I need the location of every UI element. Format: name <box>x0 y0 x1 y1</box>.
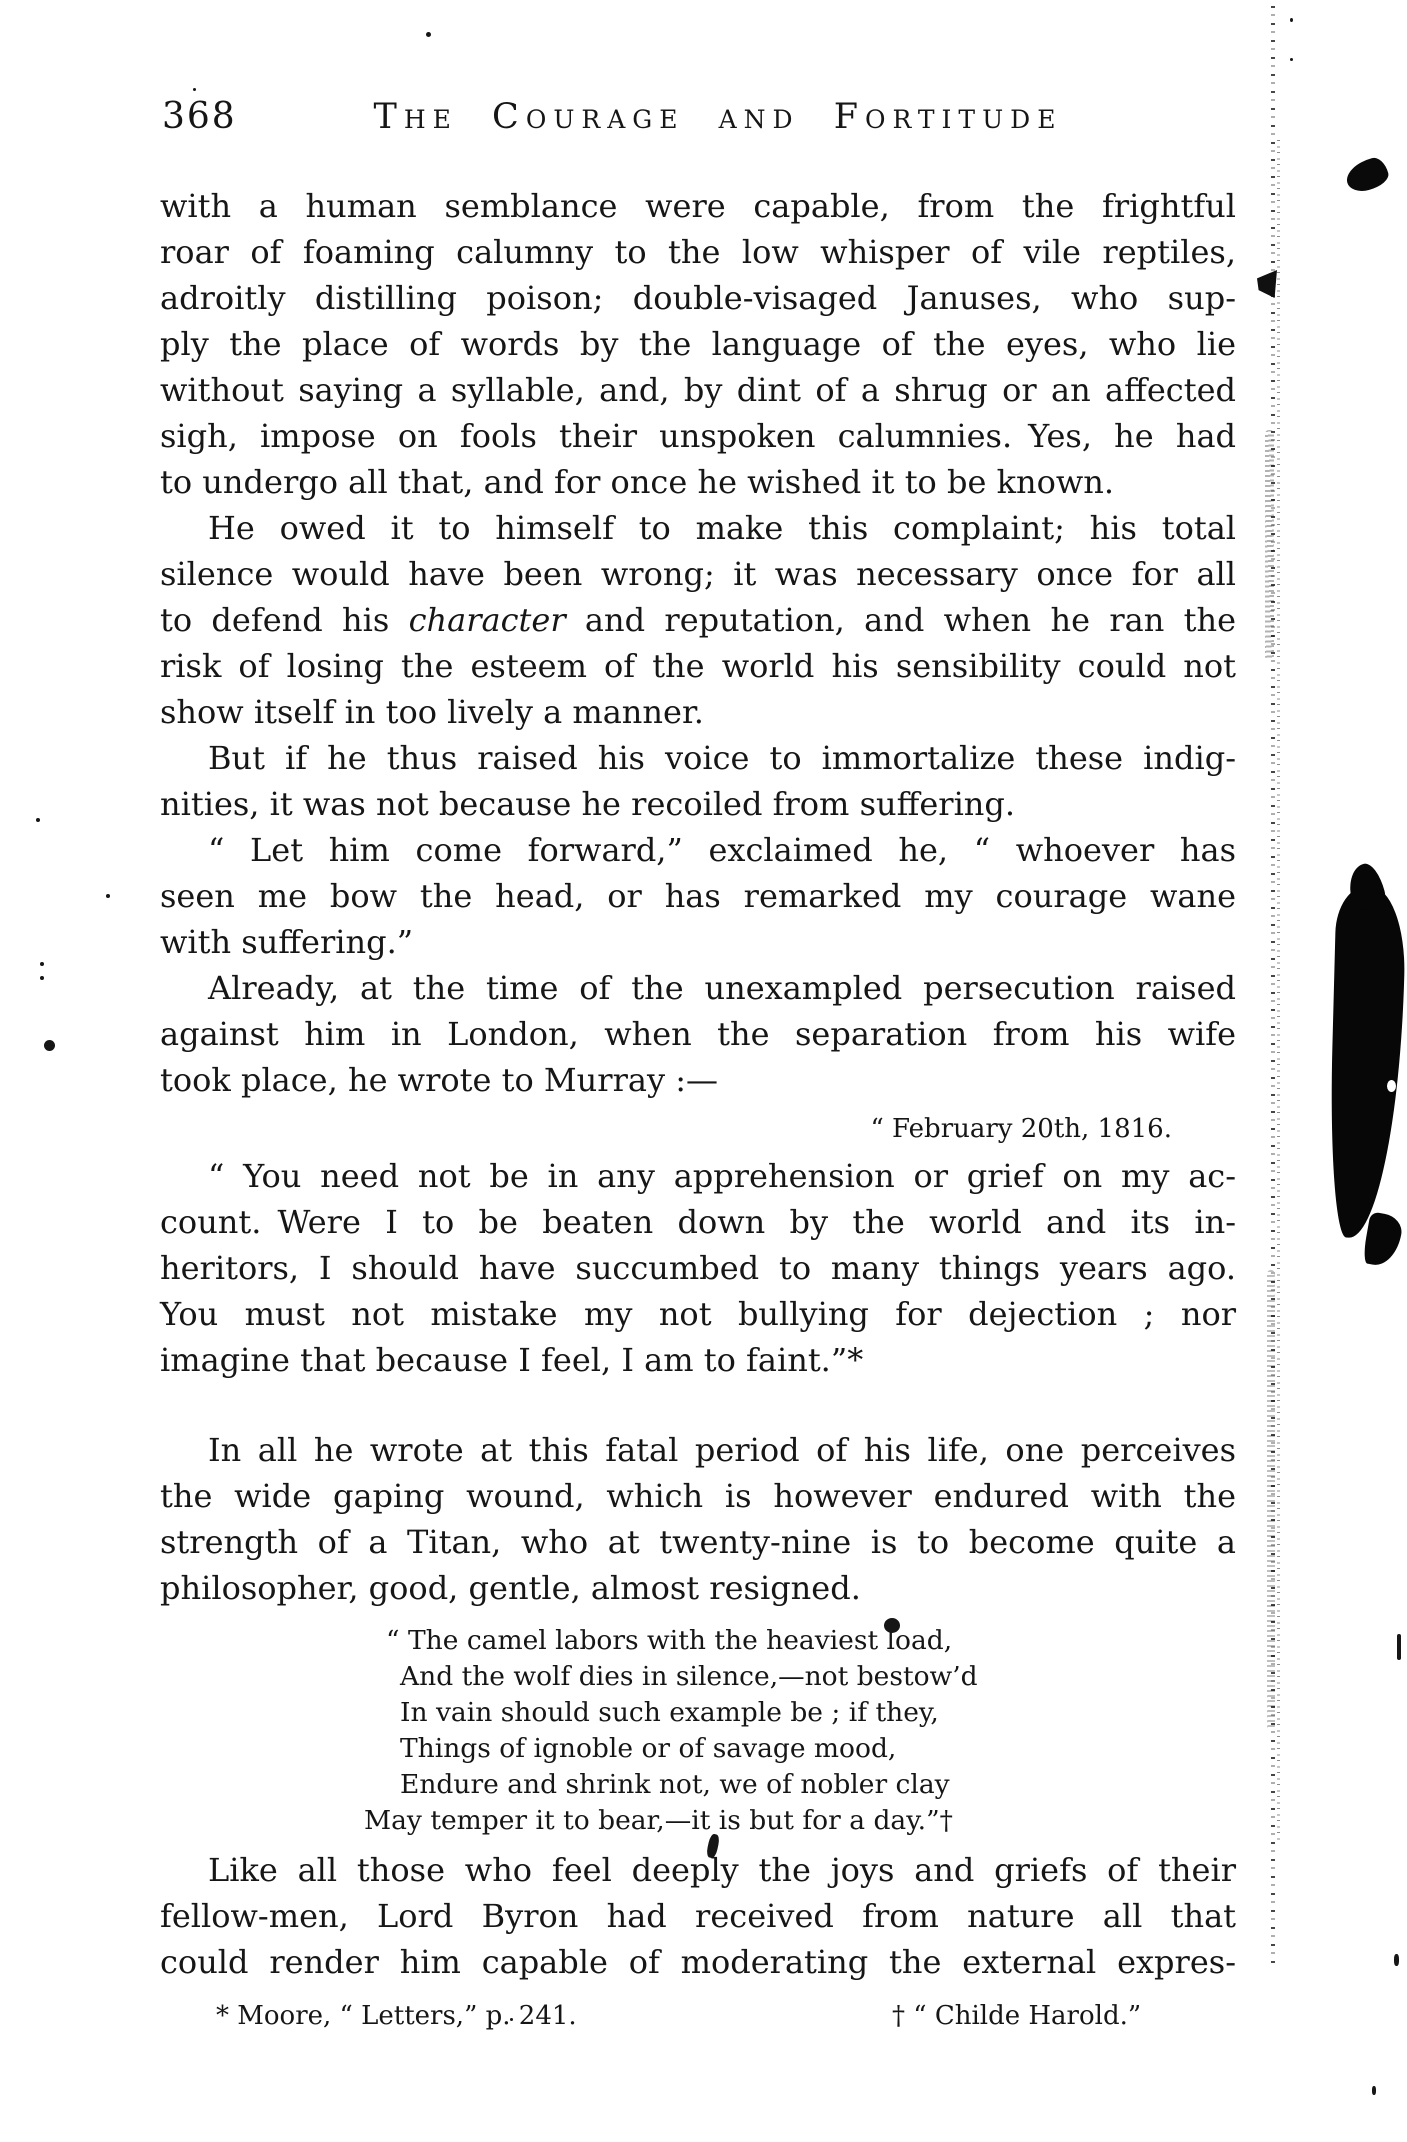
paragraph-2: He owed it to himself to make this compl… <box>160 505 1236 735</box>
ink-speck <box>1290 18 1293 22</box>
paragraph-3: But if he thus raised his voice to immor… <box>160 735 1236 827</box>
footnote-right: † “ Childe Harold.” <box>892 1999 1141 2033</box>
text-line: strength of a Titan, who at twenty-nine … <box>160 1519 1236 1565</box>
letter-paragraph: “ You need not be in any apprehension or… <box>160 1153 1236 1383</box>
ink-blob-void <box>1387 1080 1396 1092</box>
text-line: against him in London, when the separati… <box>160 1011 1236 1057</box>
ink-mark-gutter <box>1257 270 1277 298</box>
verse-line: And the wolf dies in silence,—not bestow… <box>400 1659 1236 1695</box>
text-line: ply the place of words by the language o… <box>160 321 1236 367</box>
text-line: adroitly distilling poison; double-visag… <box>160 275 1236 321</box>
verse-line: Things of ignoble or of savage mood, <box>400 1731 1236 1767</box>
footnotes-row: * Moore, “ Letters,” p. 241.† “ Childe H… <box>160 1999 1236 2039</box>
verse-line: “ The camel labors with the heaviest loa… <box>386 1623 1236 1659</box>
ink-speck <box>1290 58 1293 61</box>
text-line: to defend his character and reputation, … <box>160 597 1236 643</box>
text-line: took place, he wrote to Murray :— <box>160 1057 1236 1103</box>
ink-speck-colon-top <box>40 962 44 966</box>
text-line: show itself in too lively a manner. <box>160 689 1236 735</box>
text-line: count. Were I to be beaten down by the w… <box>160 1199 1236 1245</box>
ink-speck <box>426 32 431 37</box>
text-line: could render him capable of moderating t… <box>160 1939 1236 1985</box>
ink-speck <box>1394 1954 1399 1966</box>
text-line: heritors, I should have succumbed to man… <box>160 1245 1236 1291</box>
text-line: “ You need not be in any apprehension or… <box>160 1153 1236 1199</box>
gutter-speckle-line-2 <box>1277 140 1280 1840</box>
ink-speck <box>193 88 196 91</box>
text-line: without saying a syllable, and, by dint … <box>160 367 1236 413</box>
running-title: The Courage and Fortitude <box>200 97 1236 137</box>
text-line: Like all those who feel deeply the joys … <box>160 1847 1236 1893</box>
gutter-speckle-dense-upper <box>1265 430 1274 660</box>
paragraph-8: Like all those who feel deeply the joys … <box>160 1847 1236 1985</box>
text-line: You must not mistake my not bullying for… <box>160 1291 1236 1337</box>
text-line: nities, it was not because he recoiled f… <box>160 781 1236 827</box>
text-line: seen me bow the head, or has remarked my… <box>160 873 1236 919</box>
verse-line: In vain should such example be ; if they… <box>400 1695 1236 1731</box>
footnote-left: * Moore, “ Letters,” p. 241. <box>216 1999 577 2033</box>
text-line: imagine that because I feel, I am to fai… <box>160 1337 1236 1383</box>
gutter-speckle-dense-lower <box>1267 1270 1275 1730</box>
text-line: the wide gaping wound, which is however … <box>160 1473 1236 1519</box>
verse-line: Endure and shrink not, we of nobler clay <box>400 1767 1236 1803</box>
text-line: silence would have been wrong; it was ne… <box>160 551 1236 597</box>
text-line: roar of foaming calumny to the low whisp… <box>160 229 1236 275</box>
text-line: In all he wrote at this fatal period of … <box>160 1427 1236 1473</box>
text-line: But if he thus raised his voice to immor… <box>160 735 1236 781</box>
letter-dateline: “ February 20th, 1816. <box>160 1111 1236 1147</box>
scanned-page: 368 The Courage and Fortitude with a hum… <box>0 0 1407 2142</box>
paragraph-4: “ Let him come forward,” exclaimed he, “… <box>160 827 1236 965</box>
text-line: with a human semblance were capable, fro… <box>160 183 1236 229</box>
ink-smudge-top-right <box>1343 155 1391 195</box>
text-line: risk of losing the esteem of the world h… <box>160 643 1236 689</box>
ink-speck <box>106 894 110 898</box>
ink-blob <box>1327 885 1406 1239</box>
paragraph-1: with a human semblance were capable, fro… <box>160 183 1236 505</box>
text-line: philosopher, good, gentle, almost resign… <box>160 1565 1236 1611</box>
paragraph-gap <box>160 1383 1236 1427</box>
verse-block: “ The camel labors with the heaviest loa… <box>386 1623 1236 1839</box>
verse-line: May temper it to bear,—it is but for a d… <box>364 1803 1236 1839</box>
ink-blot-heaviest <box>884 1618 900 1633</box>
text-line: with suffering.” <box>160 919 1236 965</box>
page-header: 368 The Courage and Fortitude <box>160 96 1236 148</box>
ink-speck-colon-bottom <box>40 976 44 980</box>
text-line: “ Let him come forward,” exclaimed he, “… <box>160 827 1236 873</box>
ink-blob-tail <box>1362 1211 1405 1268</box>
ink-speck <box>36 818 40 822</box>
paragraph-7: In all he wrote at this fatal period of … <box>160 1427 1236 1611</box>
left-margin-dot <box>44 1040 55 1051</box>
ink-speck <box>510 2018 513 2021</box>
text-line: sigh, impose on fools their unspoken cal… <box>160 413 1236 459</box>
text-line: fellow-men, Lord Byron had received from… <box>160 1893 1236 1939</box>
text-line: Already, at the time of the unexampled p… <box>160 965 1236 1011</box>
text-line: He owed it to himself to make this compl… <box>160 505 1236 551</box>
text-flow: with a human semblance were capable, fro… <box>160 183 1236 2039</box>
ink-speck <box>1372 2086 1376 2095</box>
right-margin-tick <box>1397 1634 1401 1660</box>
paragraph-5: Already, at the time of the unexampled p… <box>160 965 1236 1103</box>
text-line: to undergo all that, and for once he wis… <box>160 459 1236 505</box>
